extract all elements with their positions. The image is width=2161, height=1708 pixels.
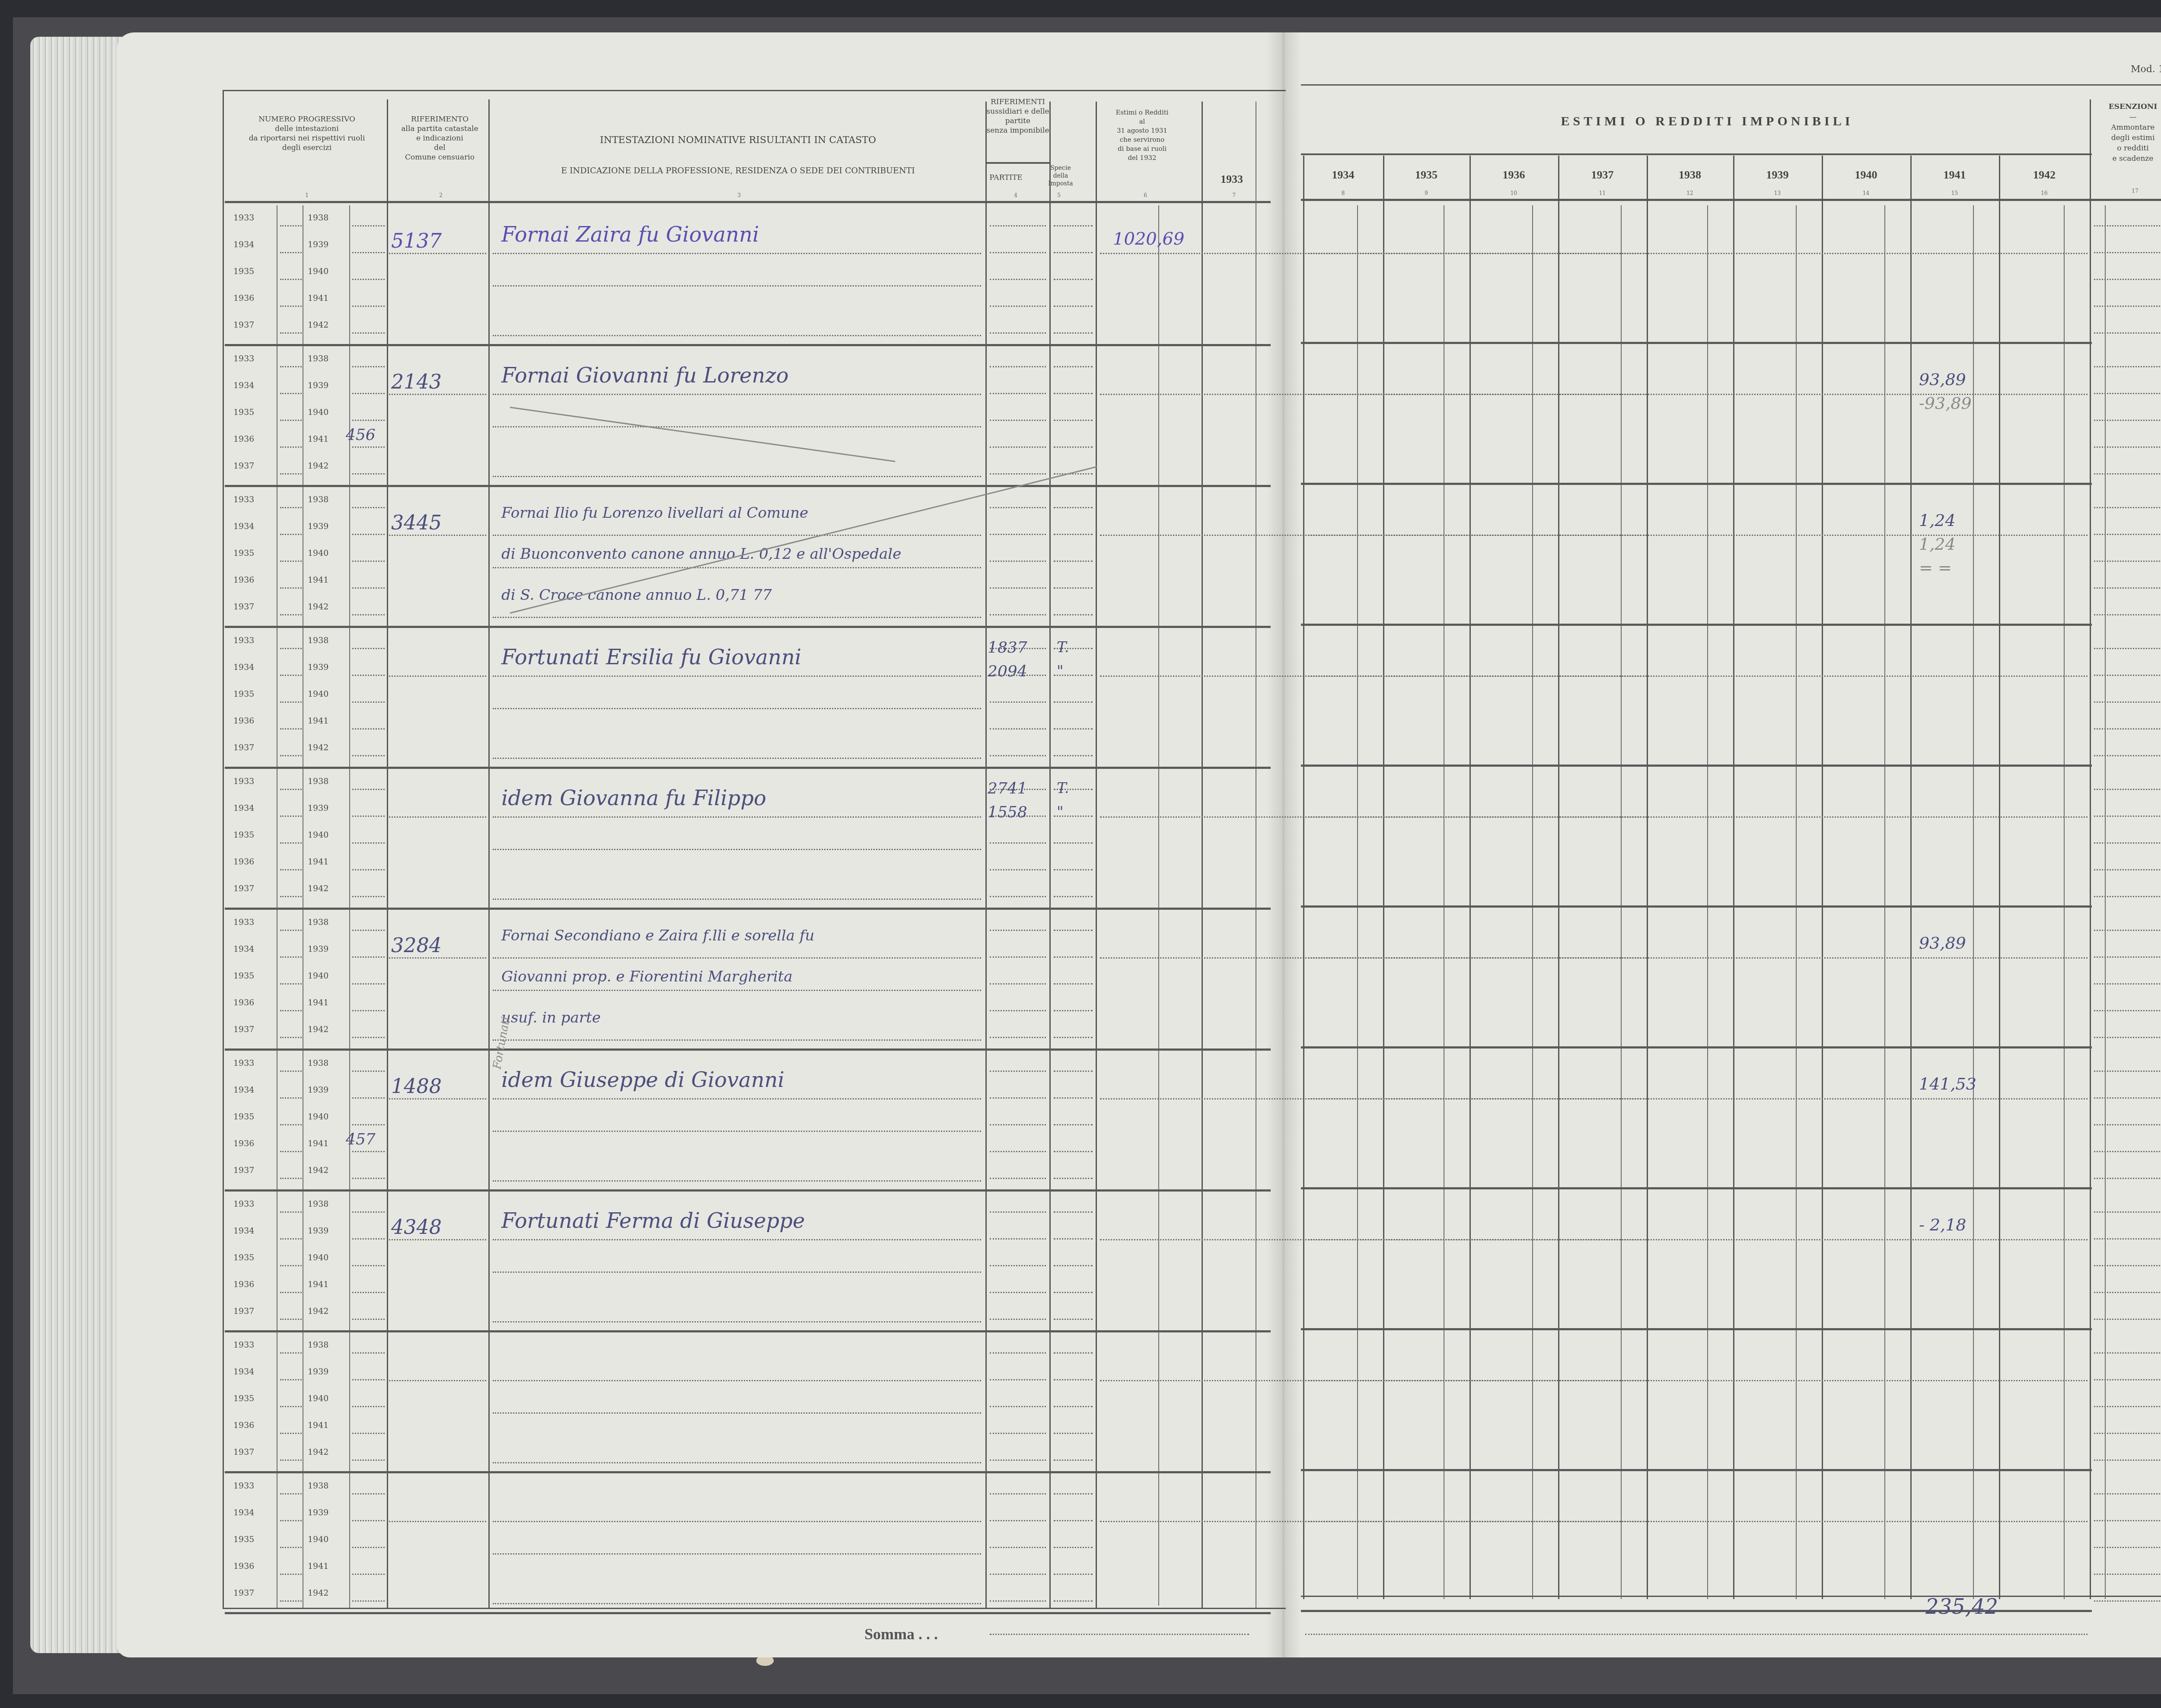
col-num-17: 17 (2131, 188, 2139, 194)
dotted-rule (280, 1238, 302, 1240)
entry-separator (225, 1471, 1271, 1473)
dotted-rule (990, 279, 1046, 280)
dotted-rule (2094, 648, 2161, 649)
year-label: 1938 (308, 777, 328, 786)
dotted-rule (2094, 1037, 2161, 1038)
dotted-rule (990, 393, 1046, 394)
dotted-rule (493, 335, 981, 336)
dotted-rule (1054, 1211, 1093, 1213)
year-label: 1937 (233, 1588, 254, 1598)
dotted-rule (990, 1010, 1046, 1011)
entry-separator (1301, 1187, 2092, 1189)
dotted-rule (990, 983, 1046, 985)
dotted-rule (2094, 1520, 2161, 1521)
dotted-rule (389, 1380, 486, 1381)
dotted-rule (990, 755, 1046, 756)
year-label: 1933 (233, 354, 254, 363)
dotted-rule (1054, 225, 1093, 226)
tax-type: " (1057, 663, 1064, 680)
year-label: 1934 (233, 803, 254, 813)
dotted-rule (990, 225, 1046, 226)
dotted-rule (2094, 1600, 2161, 1602)
rule-vertical (1558, 156, 1559, 1599)
year-label: 1940 (308, 267, 328, 276)
dotted-rule (493, 567, 981, 568)
entry-separator (225, 344, 1271, 346)
somma-label: Somma . . . (864, 1625, 938, 1643)
col-num-9: 9 (1383, 190, 1469, 196)
year-label: 1940 (308, 1253, 328, 1262)
estimi-group-title: ESTIMI O REDDITI IMPONIBILI (1340, 117, 2075, 126)
dotted-rule (2094, 842, 2161, 844)
dotted-rule (1054, 279, 1093, 280)
dotted-rule (352, 1520, 385, 1521)
col-num-7: 7 (1230, 192, 1238, 198)
rule-vertical (488, 99, 490, 1608)
rule-decimal (1444, 205, 1444, 1599)
dotted-rule (1054, 1406, 1093, 1407)
col-num-13: 13 (1733, 190, 1822, 196)
dotted-rule (352, 842, 385, 844)
entry-separator (225, 1330, 1271, 1332)
rule-decimal (1796, 205, 1797, 1599)
value-1941: - 2,18 (1919, 1215, 1967, 1234)
dotted-rule (280, 869, 302, 870)
dotted-rule (1054, 1600, 1093, 1602)
year-label: 1935 (233, 267, 254, 276)
dotted-rule (2094, 473, 2161, 475)
entry-separator (225, 485, 1271, 487)
dotted-rule (352, 1493, 385, 1494)
esenzioni-header: ESENZIONI — Ammontare degli estimi o red… (2096, 102, 2161, 164)
dotted-rule (1054, 930, 1093, 931)
dotted-rule (280, 393, 302, 394)
year-label: 1936 (233, 1280, 254, 1289)
dotted-rule (280, 1292, 302, 1293)
dotted-rule (1054, 1151, 1093, 1152)
dotted-rule (280, 534, 302, 535)
dotted-rule (389, 1521, 486, 1522)
dotted-rule (2094, 1379, 2161, 1380)
taxpayer-name-line: usuf. in parte (501, 1009, 601, 1026)
dotted-rule (280, 279, 302, 280)
dotted-rule (352, 587, 385, 589)
taxpayer-name-line: di Buonconvento canone annuo L. 0,12 e a… (501, 545, 901, 563)
dotted-rule (2094, 789, 2161, 790)
dotted-rule (990, 1352, 1046, 1354)
dotted-rule (2094, 507, 2161, 508)
dotted-rule (1054, 614, 1093, 615)
dotted-rule (280, 930, 302, 931)
dotted-rule (1054, 1352, 1093, 1354)
dotted-rule (352, 1379, 385, 1380)
header-rule-left (225, 201, 1271, 203)
year-label: 1941 (308, 1280, 328, 1289)
year-label: 1937 (233, 461, 254, 471)
header-rule-right (1301, 199, 2161, 201)
dotted-rule (280, 1010, 302, 1011)
dotted-rule (1054, 587, 1093, 589)
col-num-12: 12 (1647, 190, 1733, 196)
dotted-rule (280, 1265, 302, 1266)
year-label: 1934 (233, 944, 254, 954)
dotted-rule (1054, 1037, 1093, 1038)
entry-separator (225, 1612, 1271, 1614)
dotted-rule (493, 1271, 981, 1273)
year-label: 1936 (233, 857, 254, 867)
year-label: 1936 (233, 293, 254, 303)
dotted-rule (990, 561, 1046, 562)
entry-separator (225, 908, 1271, 910)
year-label: 1939 (308, 944, 328, 954)
dotted-rule (990, 366, 1046, 367)
col-num-3: 3 (735, 192, 743, 198)
dotted-rule (352, 956, 385, 958)
subsidiary-partita: 1837 (988, 639, 1027, 656)
dotted-rule (352, 332, 385, 334)
dotted-rule (352, 1265, 385, 1266)
year-header-1935: 1935 (1383, 169, 1469, 182)
dotted-rule (280, 728, 302, 730)
dotted-rule (280, 306, 302, 307)
year-label: 1936 (233, 1421, 254, 1430)
dotted-rule (352, 1292, 385, 1293)
dotted-rule (352, 675, 385, 676)
dotted-rule (389, 816, 486, 818)
taxpayer-name-line: Fornai Giovanni fu Lorenzo (501, 363, 789, 388)
dotted-rule (352, 614, 385, 615)
dotted-rule (493, 253, 981, 254)
col1-header: NUMERO PROGRESSIVO delle intestazioni da… (225, 115, 389, 153)
year-label: 1938 (308, 213, 328, 223)
year-header-1936: 1936 (1469, 169, 1558, 182)
dotted-rule (2094, 1574, 2161, 1575)
year-label: 1933 (233, 918, 254, 927)
dotted-rule (2094, 1010, 2161, 1011)
year-label: 1935 (233, 830, 254, 840)
dotted-rule (990, 534, 1046, 535)
rule-decimal (1158, 205, 1159, 1606)
dotted-rule (1305, 676, 2088, 677)
year-label: 1940 (308, 830, 328, 840)
dotted-rule (1054, 701, 1093, 703)
partita-number: 2143 (391, 370, 442, 393)
dotted-rule (1054, 896, 1093, 897)
dotted-rule (1054, 252, 1093, 253)
entry-separator (1301, 1046, 2092, 1048)
year-label: 1937 (233, 1025, 254, 1034)
col45-header: RIFERIMENTI sussidiari e delle partite s… (985, 97, 1050, 135)
dotted-rule (990, 1211, 1046, 1213)
dotted-rule (990, 1238, 1046, 1240)
partita-number: 3284 (391, 934, 442, 957)
col-num-2: 2 (437, 192, 445, 198)
dotted-rule (2094, 1178, 2161, 1179)
dotted-rule (2094, 675, 2161, 676)
dotted-rule (280, 1178, 302, 1179)
col-num-11: 11 (1558, 190, 1647, 196)
dotted-rule (2094, 956, 2161, 958)
dotted-rule (2094, 1352, 2161, 1354)
dotted-rule (352, 534, 385, 535)
dotted-rule (2094, 1097, 2161, 1099)
dotted-rule (493, 758, 981, 759)
year-label: 1940 (308, 689, 328, 699)
year-label: 1939 (308, 803, 328, 813)
year-label: 1933 (233, 636, 254, 645)
taxpayer-name-line: Fortunati Ferma di Giuseppe (501, 1209, 805, 1233)
dotted-rule (1054, 1433, 1093, 1434)
dotted-rule (493, 1039, 981, 1041)
dotted-rule (1054, 1265, 1093, 1266)
year-label: 1936 (233, 575, 254, 585)
tax-type: T. (1057, 780, 1069, 797)
dotted-rule (2094, 1211, 2161, 1213)
dotted-rule (352, 701, 385, 703)
year-label: 1941 (308, 716, 328, 726)
dotted-rule (990, 1493, 1046, 1494)
dotted-rule (990, 332, 1046, 334)
col3-header: INTESTAZIONI NOMINATIVE RISULTANTI IN CA… (491, 134, 985, 177)
dotted-rule (352, 1151, 385, 1152)
rule-vertical (1096, 102, 1097, 1608)
dotted-rule (493, 1462, 981, 1463)
entry-separator (1301, 905, 2092, 908)
right-register-table (1301, 84, 2161, 1597)
year-label: 1942 (308, 1166, 328, 1175)
dotted-rule (280, 614, 302, 615)
year-label: 1936 (233, 998, 254, 1007)
col-num-1: 1 (303, 192, 311, 198)
year-label: 1940 (308, 1535, 328, 1544)
year-label: 1934 (233, 381, 254, 390)
dotted-rule (280, 956, 302, 958)
dotted-rule (352, 983, 385, 985)
dotted-rule (352, 816, 385, 817)
dotted-rule (352, 1459, 385, 1461)
dotted-rule (352, 1433, 385, 1434)
year-label: 1933 (233, 1340, 254, 1350)
year-label: 1941 (308, 293, 328, 303)
year-label: 1941 (308, 1421, 328, 1430)
dotted-rule (352, 896, 385, 897)
dotted-rule (280, 701, 302, 703)
dotted-rule (990, 930, 1046, 931)
tax-type: T. (1057, 639, 1069, 656)
dotted-rule (352, 1037, 385, 1038)
dotted-rule (389, 253, 486, 254)
year-label: 1941 (308, 1561, 328, 1571)
dotted-rule (280, 1071, 302, 1072)
dotted-rule (280, 1379, 302, 1380)
year-label: 1934 (233, 1226, 254, 1236)
dotted-rule (1054, 1178, 1093, 1179)
dotted-rule (990, 1097, 1046, 1099)
tax-type: " (1057, 803, 1064, 821)
dotted-rule (493, 990, 981, 991)
dotted-rule (280, 675, 302, 676)
value-1941: 93,89 (1919, 934, 1966, 953)
year-label: 1936 (233, 1139, 254, 1148)
rule-vertical (985, 102, 987, 1608)
rule-esenzioni (2105, 205, 2106, 1599)
dotted-rule (352, 1352, 385, 1354)
dotted-rule (1054, 561, 1093, 562)
value-1941: 93,89 (1919, 370, 1966, 389)
dotted-rule (280, 983, 302, 985)
dotted-rule (2094, 225, 2161, 226)
rule-vertical (1647, 156, 1648, 1599)
year-label: 1937 (233, 1447, 254, 1457)
dotted-rule (2094, 1493, 2161, 1494)
year-label: 1935 (233, 971, 254, 981)
value-1941: 1,24 (1919, 535, 1956, 554)
dotted-rule (280, 1406, 302, 1407)
dotted-rule (280, 1459, 302, 1461)
dotted-rule (990, 1520, 1046, 1521)
dotted-rule (1305, 1521, 2088, 1522)
dotted-rule (1054, 1520, 1093, 1521)
dotted-rule (352, 1071, 385, 1072)
dotted-rule (493, 1321, 981, 1322)
dotted-rule (1054, 1238, 1093, 1240)
dotted-rule (1054, 1319, 1093, 1320)
dotted-rule (2094, 1071, 2161, 1072)
dotted-rule (352, 366, 385, 367)
rule-vertical (303, 205, 303, 1608)
rule-vertical (1910, 156, 1912, 1599)
dotted-rule (1054, 1071, 1093, 1072)
dotted-rule (352, 393, 385, 394)
rule-vertical (387, 99, 388, 1608)
col-num-5: 5 (1055, 192, 1063, 198)
year-header-1942: 1942 (1999, 169, 2090, 182)
rule-vertical (1999, 156, 2000, 1599)
year-label: 1934 (233, 663, 254, 672)
year-label: 1935 (233, 689, 254, 699)
year-label: 1941 (308, 857, 328, 867)
dotted-rule (352, 1574, 385, 1575)
dotted-rule (352, 446, 385, 448)
entry-separator (1301, 624, 2092, 626)
year-label: 1942 (308, 1025, 328, 1034)
dotted-rule (990, 1379, 1046, 1380)
dotted-rule (2094, 816, 2161, 817)
col-num-16: 16 (1999, 190, 2090, 196)
entry-separator (1301, 765, 2092, 767)
dotted-rule (1054, 420, 1093, 421)
year-label: 1941 (308, 1139, 328, 1148)
year-label: 1938 (308, 354, 328, 363)
dotted-rule (2094, 1433, 2161, 1434)
progressive-number: 456 (346, 426, 376, 444)
year-label: 1939 (308, 1085, 328, 1095)
dotted-rule (990, 1071, 1046, 1072)
dotted-rule (990, 956, 1046, 958)
dotted-rule (990, 1574, 1046, 1575)
dotted-rule (493, 617, 981, 618)
dotted-rule (990, 1178, 1046, 1179)
dotted-rule (1054, 366, 1093, 367)
dotted-rule (352, 252, 385, 253)
year-header-1938: 1938 (1647, 169, 1733, 182)
year-label: 1942 (308, 461, 328, 471)
dotted-rule (2094, 1124, 2161, 1125)
dotted-rule (1054, 983, 1093, 985)
value-1941: = = (1919, 558, 1952, 577)
year-label: 1935 (233, 1535, 254, 1544)
col4-partite-header: PARTITE (985, 173, 1026, 182)
year-header-1939: 1939 (1733, 169, 1822, 182)
col6-header: Estimi o Redditi al 31 agosto 1931 che s… (1096, 108, 1189, 163)
dotted-rule (493, 426, 981, 427)
col-num-10: 10 (1469, 190, 1558, 196)
dotted-rule (493, 816, 981, 818)
rule-vertical (1733, 156, 1734, 1599)
year-label: 1933 (233, 777, 254, 786)
year-label: 1942 (308, 1447, 328, 1457)
sum-dotted-rule (990, 1634, 1249, 1635)
dotted-rule (352, 1010, 385, 1011)
dotted-rule (1054, 1292, 1093, 1293)
year-label: 1939 (308, 381, 328, 390)
year-label: 1933 (233, 1058, 254, 1068)
dotted-rule (493, 1180, 981, 1182)
dotted-rule (990, 869, 1046, 870)
year-label: 1941 (308, 575, 328, 585)
dotted-rule (2094, 1547, 2161, 1548)
value-1941: 1,24 (1919, 511, 1956, 530)
entry-separator (1301, 483, 2092, 485)
dotted-rule (1054, 1574, 1093, 1575)
dotted-rule (280, 842, 302, 844)
rule-vertical (1822, 156, 1823, 1599)
dotted-rule (493, 849, 981, 850)
dotted-rule (280, 561, 302, 562)
dotted-rule (1054, 393, 1093, 394)
year-label: 1938 (308, 636, 328, 645)
dotted-rule (990, 306, 1046, 307)
dotted-rule (2094, 306, 2161, 307)
dotted-rule (2094, 869, 2161, 870)
year-label: 1933 (233, 1199, 254, 1209)
year-label: 1935 (233, 1112, 254, 1122)
dotted-rule (280, 507, 302, 508)
dotted-rule (280, 1352, 302, 1354)
entry-separator (225, 767, 1271, 769)
dotted-rule (352, 473, 385, 475)
dotted-rule (2094, 366, 2161, 367)
dotted-rule (2094, 1238, 2161, 1240)
taxpayer-name-line: idem Giovanna fu Filippo (501, 786, 766, 810)
estimi-subrule (1301, 153, 2092, 155)
taxpayer-name-line: idem Giuseppe di Giovanni (501, 1068, 784, 1092)
dotted-rule (2094, 1459, 2161, 1461)
subsidiary-partita: 1558 (988, 803, 1027, 821)
dotted-rule (352, 728, 385, 730)
dotted-rule (352, 561, 385, 562)
dotted-rule (352, 1319, 385, 1320)
year-label: 1937 (233, 743, 254, 752)
dotted-rule (2094, 1265, 2161, 1266)
dotted-rule (990, 1292, 1046, 1293)
entry-separator (1301, 1469, 2092, 1471)
taxpayer-name-line: Giovanni prop. e Fiorentini Margherita (501, 968, 793, 985)
col2-header: RIFERIMENTO alla partita catastale e ind… (389, 115, 491, 162)
dotted-rule (1054, 956, 1093, 958)
year-label: 1936 (233, 716, 254, 726)
dotted-rule (1305, 1239, 2088, 1240)
